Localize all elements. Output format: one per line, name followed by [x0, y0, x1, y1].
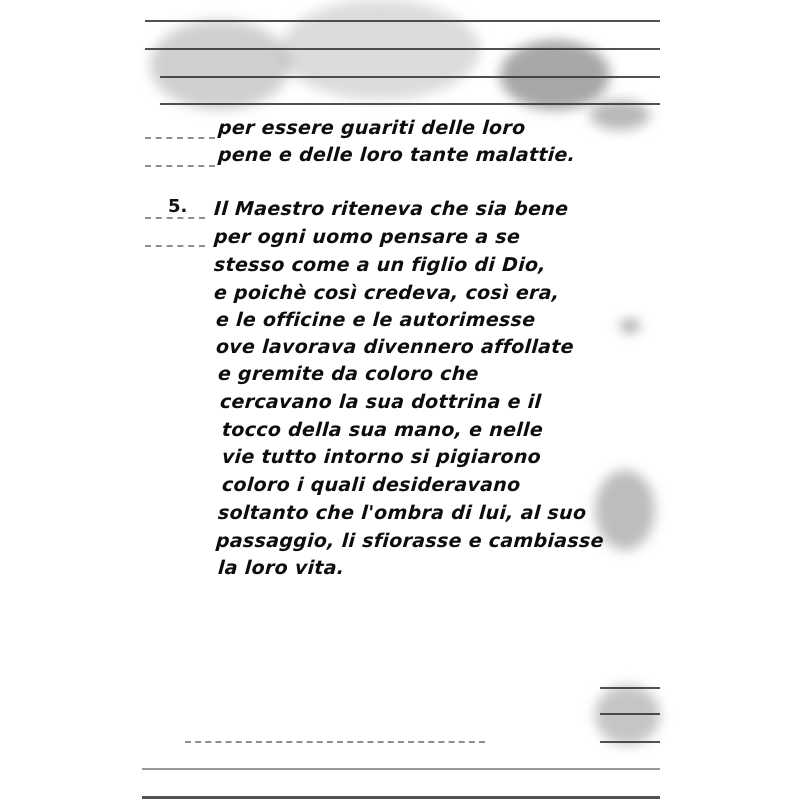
stain-right-small	[620, 320, 640, 332]
ruled-line	[142, 796, 660, 799]
ruled-line	[145, 165, 215, 167]
ruled-line	[145, 245, 205, 247]
section-line: e gremite da coloro che	[217, 363, 479, 385]
continuation-line: per essere guariti delle loro	[217, 117, 526, 139]
ruled-line	[160, 103, 660, 105]
ruled-line	[145, 20, 660, 22]
stain-top-left	[150, 20, 290, 110]
ruled-line	[185, 741, 485, 743]
section-line: passaggio, li sfiorasse e cambiasse	[215, 530, 604, 552]
ruled-line	[160, 76, 660, 78]
ruled-line	[600, 713, 660, 715]
section-line: coloro i quali desideravano	[221, 474, 521, 496]
stain-bottom-right	[595, 685, 660, 745]
section-line: soltanto che l'ombra di lui, al suo	[217, 502, 587, 524]
section-line: stesso come a un figlio di Dio,	[213, 254, 546, 276]
stain-top-center	[280, 0, 480, 100]
section-line: cercavano la sua dottrina e il	[219, 391, 542, 413]
section-line: tocco della sua mano, e nelle	[221, 419, 544, 441]
stain-top-right	[500, 40, 610, 110]
continuation-line: pene e delle loro tante malattie.	[217, 144, 576, 166]
section-line: Il Maestro riteneva che sia bene	[213, 198, 569, 220]
section-line: la loro vita.	[217, 557, 345, 579]
ruled-line	[600, 741, 660, 743]
ruled-line	[142, 768, 660, 770]
section-line: vie tutto intorno si pigiarono	[221, 446, 542, 468]
ruled-line	[145, 217, 205, 219]
ruled-line	[145, 137, 215, 139]
section-line: per ogni uomo pensare a se	[213, 226, 521, 248]
ruled-line	[600, 687, 660, 689]
section-number: 5.	[168, 196, 187, 217]
section-line: e poichè così credeva, così era,	[213, 282, 560, 304]
section-line: ove lavorava divennero affollate	[215, 336, 574, 358]
scanned-page: per essere guariti delle loro pene e del…	[0, 0, 800, 800]
section-line: e le officine e le autorimesse	[215, 309, 536, 331]
ruled-line	[145, 48, 660, 50]
